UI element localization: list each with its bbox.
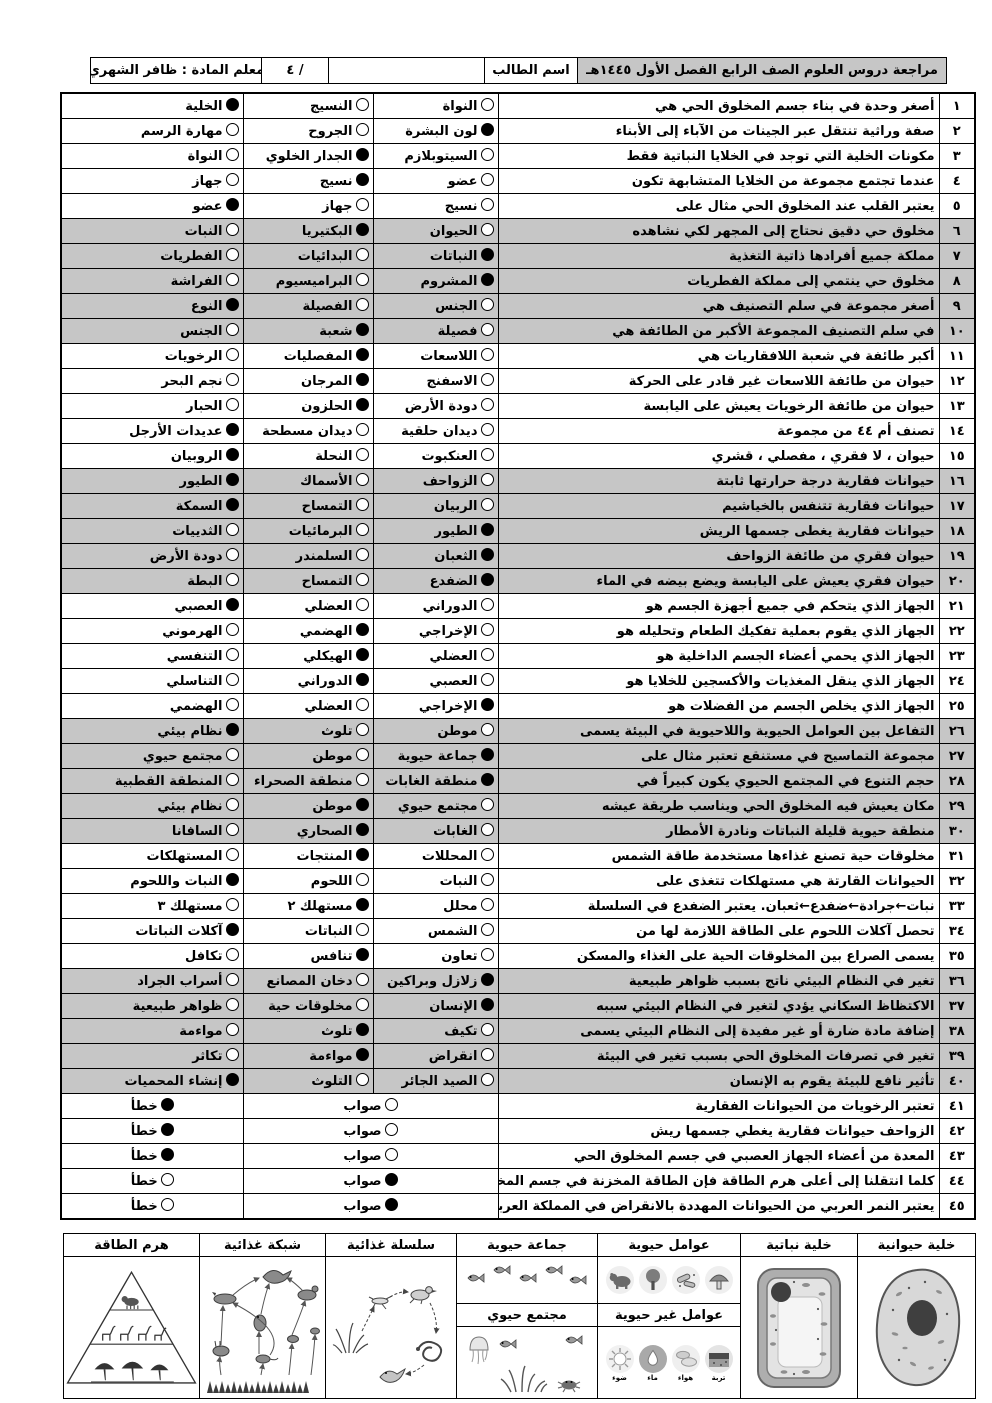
radio-unselected-icon[interactable]	[481, 948, 494, 961]
answer-option[interactable]: الجروح	[243, 119, 373, 144]
option-label: خطأ	[131, 1124, 158, 1139]
radio-unselected-icon[interactable]	[481, 398, 494, 411]
answer-option[interactable]: البدائيات	[243, 244, 373, 269]
answer-option[interactable]: أسراب الجراد	[61, 969, 243, 994]
radio-unselected-icon[interactable]	[226, 748, 239, 761]
radio-unselected-icon[interactable]	[356, 473, 369, 486]
answer-option[interactable]: نسيج	[373, 194, 498, 219]
plant-cell-image	[754, 1264, 844, 1392]
radio-selected-icon[interactable]	[356, 798, 369, 811]
answer-option[interactable]: مجتمع حيوي	[61, 744, 243, 769]
radio-unselected-icon[interactable]	[481, 298, 494, 311]
radio-unselected-icon[interactable]	[481, 1023, 494, 1036]
radio-selected-icon[interactable]	[385, 1173, 398, 1186]
radio-unselected-icon[interactable]	[226, 148, 239, 161]
radio-unselected-icon[interactable]	[481, 673, 494, 686]
radio-unselected-icon[interactable]	[481, 423, 494, 436]
option-label: الصحاري	[297, 824, 353, 839]
answer-option[interactable]: نجم البحر	[61, 369, 243, 394]
answer-option[interactable]: تلوث	[243, 719, 373, 744]
radio-unselected-icon[interactable]	[226, 1023, 239, 1036]
radio-unselected-icon[interactable]	[356, 748, 369, 761]
answer-option[interactable]: التناسلي	[61, 669, 243, 694]
answer-option[interactable]: النباتات	[373, 244, 498, 269]
radio-unselected-icon[interactable]	[356, 123, 369, 136]
radio-unselected-icon[interactable]	[356, 98, 369, 111]
answer-option[interactable]: الصيد الجائر	[373, 1069, 498, 1094]
answer-option[interactable]: زلازل وبراكين	[373, 969, 498, 994]
answer-option[interactable]: موطن	[373, 719, 498, 744]
radio-unselected-icon[interactable]	[226, 323, 239, 336]
radio-unselected-icon[interactable]	[481, 1048, 494, 1061]
answer-option[interactable]: التمساح	[243, 569, 373, 594]
radio-unselected-icon[interactable]	[481, 823, 494, 836]
answer-option[interactable]: تلوث	[243, 1019, 373, 1044]
answer-option[interactable]: اللحوم	[243, 869, 373, 894]
answer-option[interactable]: ديدان حلقية	[373, 419, 498, 444]
answer-option[interactable]: تكيف	[373, 1019, 498, 1044]
question-number: ٧	[939, 244, 975, 269]
radio-unselected-icon[interactable]	[481, 198, 494, 211]
radio-selected-icon[interactable]	[226, 98, 239, 111]
teacher-label: معلم المادة : ظافر الشهري	[91, 58, 261, 83]
answer-option[interactable]: البطة	[61, 569, 243, 594]
answer-option[interactable]: جماعة حيوية	[373, 744, 498, 769]
answer-option[interactable]: العضلي	[243, 594, 373, 619]
radio-selected-icon[interactable]	[356, 1048, 369, 1061]
answer-option[interactable]: الأسماك	[243, 469, 373, 494]
answer-option[interactable]: نظام بيئي	[61, 719, 243, 744]
answer-option[interactable]: المنطقة القطبية	[61, 769, 243, 794]
radio-unselected-icon[interactable]	[356, 248, 369, 261]
radio-selected-icon[interactable]	[161, 1098, 174, 1111]
answer-option[interactable]: خطأ	[61, 1119, 243, 1144]
answer-option[interactable]: المرجان	[243, 369, 373, 394]
radio-selected-icon[interactable]	[481, 748, 494, 761]
radio-unselected-icon[interactable]	[226, 798, 239, 811]
answer-option[interactable]: مجتمع حيوي	[373, 794, 498, 819]
radio-selected-icon[interactable]	[226, 723, 239, 736]
radio-unselected-icon[interactable]	[481, 323, 494, 336]
answer-option[interactable]: جهاز	[243, 194, 373, 219]
option-label: التمساح	[302, 499, 353, 514]
answer-option[interactable]: صواب	[243, 1119, 498, 1144]
radio-unselected-icon[interactable]	[385, 1148, 398, 1161]
option-label: اللاسعات	[420, 349, 477, 364]
radio-unselected-icon[interactable]	[481, 623, 494, 636]
answer-option[interactable]: الاسفنج	[373, 369, 498, 394]
option-label: النواة	[188, 149, 223, 164]
radio-unselected-icon[interactable]	[356, 523, 369, 536]
question-text: الاكتظاظ السكاني يؤدي لتغير في النظام ال…	[498, 994, 939, 1019]
answer-option[interactable]: مخلوقات حية	[243, 994, 373, 1019]
answer-option[interactable]: الدوراني	[243, 669, 373, 694]
radio-selected-icon[interactable]	[226, 598, 239, 611]
radio-selected-icon[interactable]	[226, 423, 239, 436]
radio-selected-icon[interactable]	[161, 1148, 174, 1161]
answer-option[interactable]: النواة	[61, 144, 243, 169]
answer-option[interactable]: انقراض	[373, 1044, 498, 1069]
radio-unselected-icon[interactable]	[481, 373, 494, 386]
radio-selected-icon[interactable]	[226, 198, 239, 211]
answer-option[interactable]: الزواحف	[373, 469, 498, 494]
radio-selected-icon[interactable]	[385, 1198, 398, 1211]
radio-selected-icon[interactable]	[356, 323, 369, 336]
answer-option[interactable]: السيتوبلازم	[373, 144, 498, 169]
radio-unselected-icon[interactable]	[226, 273, 239, 286]
option-label: إنشاء المحميات	[124, 1074, 222, 1089]
answer-option[interactable]: اللاسعات	[373, 344, 498, 369]
radio-unselected-icon[interactable]	[385, 1098, 398, 1111]
radio-unselected-icon[interactable]	[226, 898, 239, 911]
answer-option[interactable]: الفطريات	[61, 244, 243, 269]
radio-unselected-icon[interactable]	[226, 1048, 239, 1061]
radio-unselected-icon[interactable]	[481, 473, 494, 486]
radio-unselected-icon[interactable]	[356, 1073, 369, 1086]
option-label: مهارة الرسم	[141, 124, 223, 139]
answer-option[interactable]: شعبة	[243, 319, 373, 344]
answer-option[interactable]: العصبي	[373, 669, 498, 694]
answer-option[interactable]: الصحاري	[243, 819, 373, 844]
answer-option[interactable]: منطقة الصحراء	[243, 769, 373, 794]
question-number: ٢٠	[939, 569, 975, 594]
radio-unselected-icon[interactable]	[481, 648, 494, 661]
question-row: ٢٧مجموعة التماسيح في مستنقع تعتبر مثال ع…	[61, 744, 975, 769]
answer-option[interactable]: نظام بيئي	[61, 794, 243, 819]
radio-selected-icon[interactable]	[356, 373, 369, 386]
answer-option[interactable]: فصيلة	[373, 319, 498, 344]
radio-unselected-icon[interactable]	[356, 498, 369, 511]
answer-option[interactable]: الربيان	[373, 494, 498, 519]
radio-unselected-icon[interactable]	[226, 773, 239, 786]
answer-option[interactable]: الفصيلة	[243, 294, 373, 319]
answer-option[interactable]: صواب	[243, 1144, 498, 1169]
question-text: كلما انتقلنا إلى أعلى هرم الطاقة فإن الط…	[498, 1169, 939, 1194]
answer-option[interactable]: صواب	[243, 1169, 498, 1194]
radio-unselected-icon[interactable]	[161, 1173, 174, 1186]
answer-option[interactable]: موطن	[243, 794, 373, 819]
answer-option[interactable]: التلوث	[243, 1069, 373, 1094]
radio-unselected-icon[interactable]	[356, 973, 369, 986]
answer-option[interactable]: النباتات	[243, 919, 373, 944]
answer-option[interactable]: مواءمة	[243, 1044, 373, 1069]
answer-option[interactable]: دودة الأرض	[61, 544, 243, 569]
answer-option[interactable]: الروبيان	[61, 444, 243, 469]
radio-selected-icon[interactable]	[226, 473, 239, 486]
option-label: البرمائيات	[289, 524, 353, 539]
radio-unselected-icon[interactable]	[356, 873, 369, 886]
option-label: ديدان حلقية	[401, 424, 477, 439]
radio-unselected-icon[interactable]	[226, 548, 239, 561]
answer-option[interactable]: تكاثر	[61, 1044, 243, 1069]
answer-option[interactable]: دخان المصانع	[243, 969, 373, 994]
radio-unselected-icon[interactable]	[356, 198, 369, 211]
question-number: ٤١	[939, 1094, 975, 1119]
answer-option[interactable]: مهارة الرسم	[61, 119, 243, 144]
radio-selected-icon[interactable]	[356, 398, 369, 411]
answer-option[interactable]: إنشاء المحميات	[61, 1069, 243, 1094]
radio-selected-icon[interactable]	[356, 348, 369, 361]
radio-unselected-icon[interactable]	[481, 348, 494, 361]
option-label: العضلي	[430, 649, 478, 664]
answer-option[interactable]: النحلة	[243, 444, 373, 469]
radio-selected-icon[interactable]	[226, 498, 239, 511]
question-text: تغير في النظام البيئي ناتج بسبب ظواهر طب…	[498, 969, 939, 994]
radio-unselected-icon[interactable]	[385, 1123, 398, 1136]
question-text: نبات←جرادة←ضفدع←ثعبان. يعتبر الضفدع في ا…	[498, 894, 939, 919]
answer-option[interactable]: العصبي	[61, 594, 243, 619]
radio-unselected-icon[interactable]	[356, 423, 369, 436]
radio-unselected-icon[interactable]	[481, 898, 494, 911]
radio-selected-icon[interactable]	[226, 298, 239, 311]
radio-unselected-icon[interactable]	[226, 698, 239, 711]
answer-option[interactable]: عضو	[373, 169, 498, 194]
answer-option[interactable]: خطأ	[61, 1169, 243, 1194]
answer-option[interactable]: مستهلك ٢	[243, 894, 373, 919]
option-label: موطن	[312, 799, 352, 814]
radio-unselected-icon[interactable]	[226, 948, 239, 961]
radio-unselected-icon[interactable]	[356, 598, 369, 611]
answer-option[interactable]: تكافل	[61, 944, 243, 969]
radio-selected-icon[interactable]	[226, 923, 239, 936]
answer-option[interactable]: الجنس	[373, 294, 498, 319]
answer-option[interactable]: منطقة الغابات	[373, 769, 498, 794]
answer-option[interactable]: خطأ	[61, 1194, 243, 1220]
radio-unselected-icon[interactable]	[481, 598, 494, 611]
option-label: الرخويات	[165, 349, 223, 364]
question-row: ٤٥يعتبر النمر العربي من الحيوانات المهدد…	[61, 1194, 975, 1220]
radio-unselected-icon[interactable]	[226, 223, 239, 236]
answer-option[interactable]: الثدييات	[61, 519, 243, 544]
answer-option[interactable]: الطيور	[61, 469, 243, 494]
answer-option[interactable]: تعاون	[373, 944, 498, 969]
answer-option[interactable]: العضلي	[373, 644, 498, 669]
answer-option[interactable]: التنفسي	[61, 644, 243, 669]
answer-option[interactable]: الجدار الخلوي	[243, 144, 373, 169]
radio-selected-icon[interactable]	[356, 623, 369, 636]
answer-option[interactable]: صواب	[243, 1194, 498, 1220]
answer-option[interactable]: العضلي	[243, 694, 373, 719]
radio-selected-icon[interactable]	[356, 673, 369, 686]
radio-selected-icon[interactable]	[226, 873, 239, 886]
option-label: الحبار	[186, 399, 222, 414]
answer-option[interactable]: النبات واللحوم	[61, 869, 243, 894]
answer-option[interactable]: مستهلك ٣	[61, 894, 243, 919]
radio-unselected-icon[interactable]	[481, 798, 494, 811]
radio-unselected-icon[interactable]	[356, 723, 369, 736]
radio-unselected-icon[interactable]	[226, 573, 239, 586]
answer-option[interactable]: النبات	[61, 219, 243, 244]
sun-icon	[605, 1344, 635, 1374]
answer-option[interactable]: الخلية	[61, 93, 243, 119]
answer-option[interactable]: محلل	[373, 894, 498, 919]
option-label: النوع	[191, 299, 223, 314]
answer-option[interactable]: الضفدع	[373, 569, 498, 594]
radio-selected-icon[interactable]	[161, 1123, 174, 1136]
radio-unselected-icon[interactable]	[226, 648, 239, 661]
answer-option[interactable]: الهضمي	[61, 694, 243, 719]
radio-selected-icon[interactable]	[356, 223, 369, 236]
radio-unselected-icon[interactable]	[356, 998, 369, 1011]
radio-selected-icon[interactable]	[226, 448, 239, 461]
answer-option[interactable]: جهاز	[61, 169, 243, 194]
answer-option[interactable]: ظواهر طبيعية	[61, 994, 243, 1019]
radio-unselected-icon[interactable]	[356, 448, 369, 461]
radio-unselected-icon[interactable]	[161, 1198, 174, 1211]
answer-option[interactable]: الهيكلي	[243, 644, 373, 669]
radio-unselected-icon[interactable]	[356, 273, 369, 286]
answer-option[interactable]: البكتيريا	[243, 219, 373, 244]
answer-option[interactable]: النبات	[373, 869, 498, 894]
radio-selected-icon[interactable]	[356, 648, 369, 661]
answer-option[interactable]: المحللات	[373, 844, 498, 869]
answer-option[interactable]: ديدان مسطحة	[243, 419, 373, 444]
radio-unselected-icon[interactable]	[481, 98, 494, 111]
radio-unselected-icon[interactable]	[226, 823, 239, 836]
radio-selected-icon[interactable]	[481, 773, 494, 786]
answer-option[interactable]: الجنس	[61, 319, 243, 344]
answer-option[interactable]: التمساح	[243, 494, 373, 519]
answer-option[interactable]: عديدات الأرجل	[61, 419, 243, 444]
answer-option[interactable]: الثعبان	[373, 544, 498, 569]
answer-option[interactable]: تنافس	[243, 944, 373, 969]
answer-option[interactable]: الحبار	[61, 394, 243, 419]
radio-unselected-icon[interactable]	[226, 848, 239, 861]
radio-unselected-icon[interactable]	[356, 923, 369, 936]
answer-option[interactable]: المنتجات	[243, 844, 373, 869]
option-label: التناسلي	[166, 674, 222, 689]
radio-unselected-icon[interactable]	[356, 773, 369, 786]
radio-selected-icon[interactable]	[481, 123, 494, 136]
answer-option[interactable]: البراميسيوم	[243, 269, 373, 294]
radio-unselected-icon[interactable]	[226, 523, 239, 536]
answer-option[interactable]: نسيج	[243, 169, 373, 194]
radio-unselected-icon[interactable]	[481, 223, 494, 236]
radio-unselected-icon[interactable]	[226, 673, 239, 686]
radio-selected-icon[interactable]	[356, 1023, 369, 1036]
question-number: ١٩	[939, 544, 975, 569]
answer-option[interactable]: السمكة	[61, 494, 243, 519]
answer-option[interactable]: المفصليات	[243, 344, 373, 369]
answer-option[interactable]: موطن	[243, 744, 373, 769]
radio-unselected-icon[interactable]	[226, 248, 239, 261]
answer-option[interactable]: الرخويات	[61, 344, 243, 369]
answer-option[interactable]: الإخراجي	[373, 694, 498, 719]
radio-unselected-icon[interactable]	[356, 698, 369, 711]
radio-unselected-icon[interactable]	[481, 923, 494, 936]
answer-option[interactable]: المستهلكات	[61, 844, 243, 869]
question-number: ٣٢	[939, 869, 975, 894]
radio-unselected-icon[interactable]	[226, 348, 239, 361]
radio-unselected-icon[interactable]	[356, 573, 369, 586]
option-label: النبات واللحوم	[130, 874, 222, 889]
radio-unselected-icon[interactable]	[481, 723, 494, 736]
answer-option[interactable]: النسيج	[243, 93, 373, 119]
answer-option[interactable]: الهرموني	[61, 619, 243, 644]
radio-unselected-icon[interactable]	[226, 173, 239, 186]
radio-selected-icon[interactable]	[481, 248, 494, 261]
radio-unselected-icon[interactable]	[226, 123, 239, 136]
answer-option[interactable]: عضو	[61, 194, 243, 219]
answer-option[interactable]: الدوراني	[373, 594, 498, 619]
answer-option[interactable]: الغابات	[373, 819, 498, 844]
answer-option[interactable]: الحلزون	[243, 394, 373, 419]
radio-unselected-icon[interactable]	[481, 1073, 494, 1086]
answer-option[interactable]: النواة	[373, 93, 498, 119]
option-label: الهرموني	[162, 624, 222, 639]
answer-option[interactable]: صواب	[243, 1094, 498, 1119]
radio-unselected-icon[interactable]	[226, 973, 239, 986]
option-label: العنكبوت	[421, 449, 477, 464]
answer-option[interactable]: الفراشة	[61, 269, 243, 294]
radio-selected-icon[interactable]	[481, 273, 494, 286]
question-row: ٣مكونات الخلية التي توجد في الخلايا النب…	[61, 144, 975, 169]
radio-selected-icon[interactable]	[356, 173, 369, 186]
answer-option[interactable]: الإخراجي	[373, 619, 498, 644]
answer-option[interactable]: دودة الأرض	[373, 394, 498, 419]
radio-unselected-icon[interactable]	[356, 548, 369, 561]
radio-unselected-icon[interactable]	[481, 873, 494, 886]
question-row: ٣٢الحيوانات القارتة هي مستهلكات تتغذى عل…	[61, 869, 975, 894]
answer-option[interactable]: لون البشرة	[373, 119, 498, 144]
radio-unselected-icon[interactable]	[226, 623, 239, 636]
radio-selected-icon[interactable]	[481, 523, 494, 536]
answer-option[interactable]: السلمندر	[243, 544, 373, 569]
student-name-input-area[interactable]	[328, 58, 484, 83]
radio-unselected-icon[interactable]	[226, 373, 239, 386]
option-label: الجروح	[308, 124, 352, 139]
food-web-image	[203, 1261, 323, 1395]
radio-selected-icon[interactable]	[356, 948, 369, 961]
radio-unselected-icon[interactable]	[481, 498, 494, 511]
answer-option[interactable]: المشروم	[373, 269, 498, 294]
answer-option[interactable]: الطيور	[373, 519, 498, 544]
radio-unselected-icon[interactable]	[226, 998, 239, 1011]
radio-selected-icon[interactable]	[481, 998, 494, 1011]
radio-selected-icon[interactable]	[356, 848, 369, 861]
answer-option[interactable]: النوع	[61, 294, 243, 319]
answer-option[interactable]: الشمس	[373, 919, 498, 944]
answer-option[interactable]: السافانا	[61, 819, 243, 844]
radio-unselected-icon[interactable]	[481, 173, 494, 186]
radio-selected-icon[interactable]	[481, 698, 494, 711]
answer-option[interactable]: الحيوان	[373, 219, 498, 244]
answer-option[interactable]: خطأ	[61, 1144, 243, 1169]
radio-unselected-icon[interactable]	[481, 148, 494, 161]
answer-option[interactable]: آكلات النباتات	[61, 919, 243, 944]
option-label: الجنس	[435, 299, 477, 314]
option-label: صواب	[343, 1099, 381, 1114]
radio-unselected-icon[interactable]	[356, 298, 369, 311]
option-label: المنتجات	[297, 849, 353, 864]
answer-option[interactable]: العنكبوت	[373, 444, 498, 469]
radio-selected-icon[interactable]	[226, 1073, 239, 1086]
radio-selected-icon[interactable]	[481, 973, 494, 986]
answer-option[interactable]: البرمائيات	[243, 519, 373, 544]
radio-unselected-icon[interactable]	[226, 398, 239, 411]
answer-option[interactable]: خطأ	[61, 1094, 243, 1119]
answer-option[interactable]: الإنسان	[373, 994, 498, 1019]
radio-selected-icon[interactable]	[481, 548, 494, 561]
answer-option[interactable]: مواءمة	[61, 1019, 243, 1044]
radio-selected-icon[interactable]	[356, 148, 369, 161]
radio-selected-icon[interactable]	[356, 823, 369, 836]
radio-unselected-icon[interactable]	[481, 848, 494, 861]
radio-selected-icon[interactable]	[481, 573, 494, 586]
radio-selected-icon[interactable]	[356, 898, 369, 911]
answer-option[interactable]: الهضمي	[243, 619, 373, 644]
radio-unselected-icon[interactable]	[481, 448, 494, 461]
